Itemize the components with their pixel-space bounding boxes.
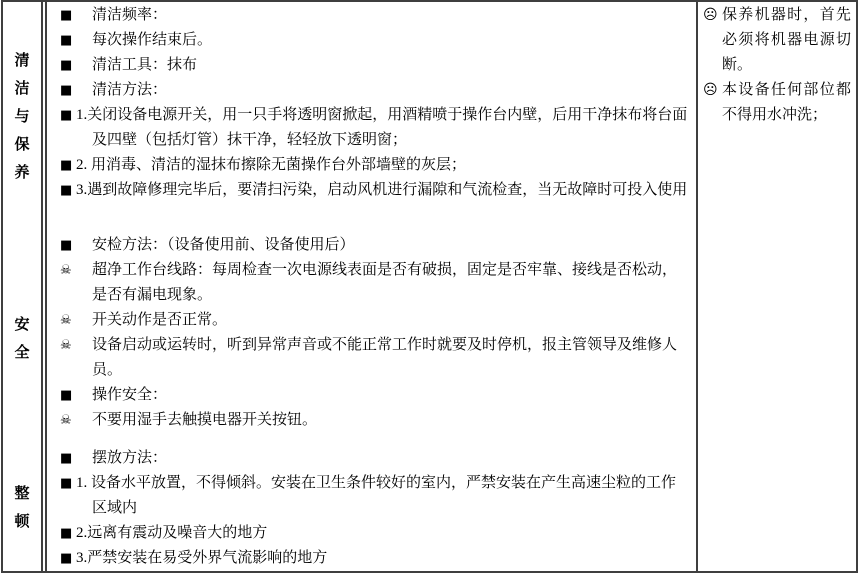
list-item: ■ 摆放方法：: [47, 446, 688, 471]
list-item-text: 2.远离有震动及噪音大的地方: [76, 525, 267, 541]
bullet-square-icon: ■: [60, 471, 80, 496]
list-item: ■ 2. 用消毒、清洁的湿抹布擦除无菌操作台外部墙壁的灰层；: [47, 153, 688, 178]
list-item-text: 1. 设备水平放置，不得倾斜。安装在卫生条件较好的室内，严禁安装在产生高速尘粒的…: [76, 475, 676, 516]
list-item: ■ 操作安全：: [47, 383, 688, 408]
row-label-cleaning: 清洁与保养: [14, 47, 31, 187]
maintenance-table: 清洁与保养 ■ 清洁频率： ■ 每次操作结束后。 ■ 清洁工具：抹布 ■ 清洁方…: [1, 0, 858, 573]
content-cell-order: ■ 摆放方法： ■ 1. 设备水平放置，不得倾斜。安装在卫生条件较好的室内，严禁…: [47, 445, 698, 571]
list-item-text: 清洁工具：抹布: [92, 57, 197, 73]
note-item-text: 保养机器时，首先必须将机器电源切断。: [722, 7, 851, 73]
list-item-text: 安检方法：（设备使用前、设备使用后）: [92, 237, 355, 253]
sad-face-icon: ☹: [703, 78, 723, 103]
list-item: ■ 3.严禁安装在易受外界气流影响的地方: [47, 546, 688, 571]
list-item-text: 操作安全：: [92, 387, 167, 403]
list-item-text: 摆放方法：: [92, 450, 167, 466]
list-item-text: 不要用湿手去触摸电器开关按钮。: [92, 412, 317, 428]
note-cell-cleaning: ☹ 保养机器时，首先必须将机器电源切断。 ☹ 本设备任何部位都不得用水冲洗；: [698, 2, 856, 232]
row-label-cell-order: 整顿: [3, 445, 47, 571]
list-item: ☠ 不要用湿手去触摸电器开关按钮。: [47, 408, 688, 433]
note-item-text: 本设备任何部位都不得用水冲洗；: [722, 82, 851, 123]
list-item-text: 超净工作台线路：每周检查一次电源线表面是否有破损，固定是否牢靠、接线是否松动，是…: [92, 262, 677, 303]
note-item: ☹ 本设备任何部位都不得用水冲洗；: [698, 78, 851, 128]
skull-icon: ☠: [60, 308, 80, 333]
bullet-square-icon: ■: [60, 3, 80, 28]
content-cell-safety: ■ 安检方法：（设备使用前、设备使用后） ☠ 超净工作台线路：每周检查一次电源线…: [47, 232, 698, 445]
bullet-square-icon: ■: [60, 233, 80, 258]
list-item: ■ 清洁频率：: [47, 3, 688, 28]
list-item: ■ 每次操作结束后。: [47, 28, 688, 53]
bullet-square-icon: ■: [60, 153, 80, 178]
note-cell-order: [698, 445, 856, 571]
list-item-text: 开关动作是否正常。: [92, 312, 227, 328]
list-item-text: 1.关闭设备电源开关，用一只手将透明窗掀起，用酒精喷于操作台内壁，后用干净抹布将…: [76, 107, 687, 148]
list-item-text: 设备启动或运转时，听到异常声音或不能正常工作时就要及时停机，报主管领导及维修人员…: [92, 337, 677, 378]
bullet-square-icon: ■: [60, 28, 80, 53]
list-item-text: 3.严禁安装在易受外界气流影响的地方: [76, 550, 327, 566]
bullet-square-icon: ■: [60, 53, 80, 78]
bullet-square-icon: ■: [60, 78, 80, 103]
list-item: ☠ 设备启动或运转时，听到异常声音或不能正常工作时就要及时停机，报主管领导及维修…: [47, 333, 688, 383]
row-label-cell-safety: 安全: [3, 232, 47, 445]
list-item: ■ 1. 设备水平放置，不得倾斜。安装在卫生条件较好的室内，严禁安装在产生高速尘…: [47, 471, 688, 521]
list-item-text: 3.遇到故障修理完毕后，要清扫污染，启动风机进行漏隙和气流检查，当无故障时可投入…: [76, 182, 687, 198]
list-item-text: 每次操作结束后。: [92, 32, 212, 48]
list-item: ■ 3.遇到故障修理完毕后，要清扫污染，启动风机进行漏隙和气流检查，当无故障时可…: [47, 178, 688, 203]
list-item-text: 清洁方法：: [92, 82, 167, 98]
list-item: ■ 清洁工具：抹布: [47, 53, 688, 78]
skull-icon: ☠: [60, 333, 80, 358]
bullet-square-icon: ■: [60, 546, 80, 571]
sad-face-icon: ☹: [703, 3, 723, 28]
list-item: ■ 1.关闭设备电源开关，用一只手将透明窗掀起，用酒精喷于操作台内壁，后用干净抹…: [47, 103, 688, 153]
bullet-square-icon: ■: [60, 446, 80, 471]
list-item: ☠ 开关动作是否正常。: [47, 308, 688, 333]
list-item-text: 2. 用消毒、清洁的湿抹布擦除无菌操作台外部墙壁的灰层；: [76, 157, 466, 173]
row-label-safety: 安全: [14, 311, 31, 367]
bullet-square-icon: ■: [60, 103, 80, 128]
list-item: ■ 2.远离有震动及噪音大的地方: [47, 521, 688, 546]
list-item: ☠ 超净工作台线路：每周检查一次电源线表面是否有破损，固定是否牢靠、接线是否松动…: [47, 258, 688, 308]
content-cell-cleaning: ■ 清洁频率： ■ 每次操作结束后。 ■ 清洁工具：抹布 ■ 清洁方法： ■ 1…: [47, 2, 698, 232]
bullet-square-icon: ■: [60, 383, 80, 408]
row-label-cell-cleaning: 清洁与保养: [3, 2, 47, 232]
note-cell-safety: [698, 232, 856, 445]
skull-icon: ☠: [60, 408, 80, 433]
bullet-square-icon: ■: [60, 521, 80, 546]
row-label-order: 整顿: [14, 480, 31, 536]
bullet-square-icon: ■: [60, 178, 80, 203]
list-item: ■ 清洁方法：: [47, 78, 688, 103]
list-item-text: 清洁频率：: [92, 7, 167, 23]
note-item: ☹ 保养机器时，首先必须将机器电源切断。: [698, 3, 851, 78]
skull-icon: ☠: [60, 258, 80, 283]
list-item: ■ 安检方法：（设备使用前、设备使用后）: [47, 233, 688, 258]
